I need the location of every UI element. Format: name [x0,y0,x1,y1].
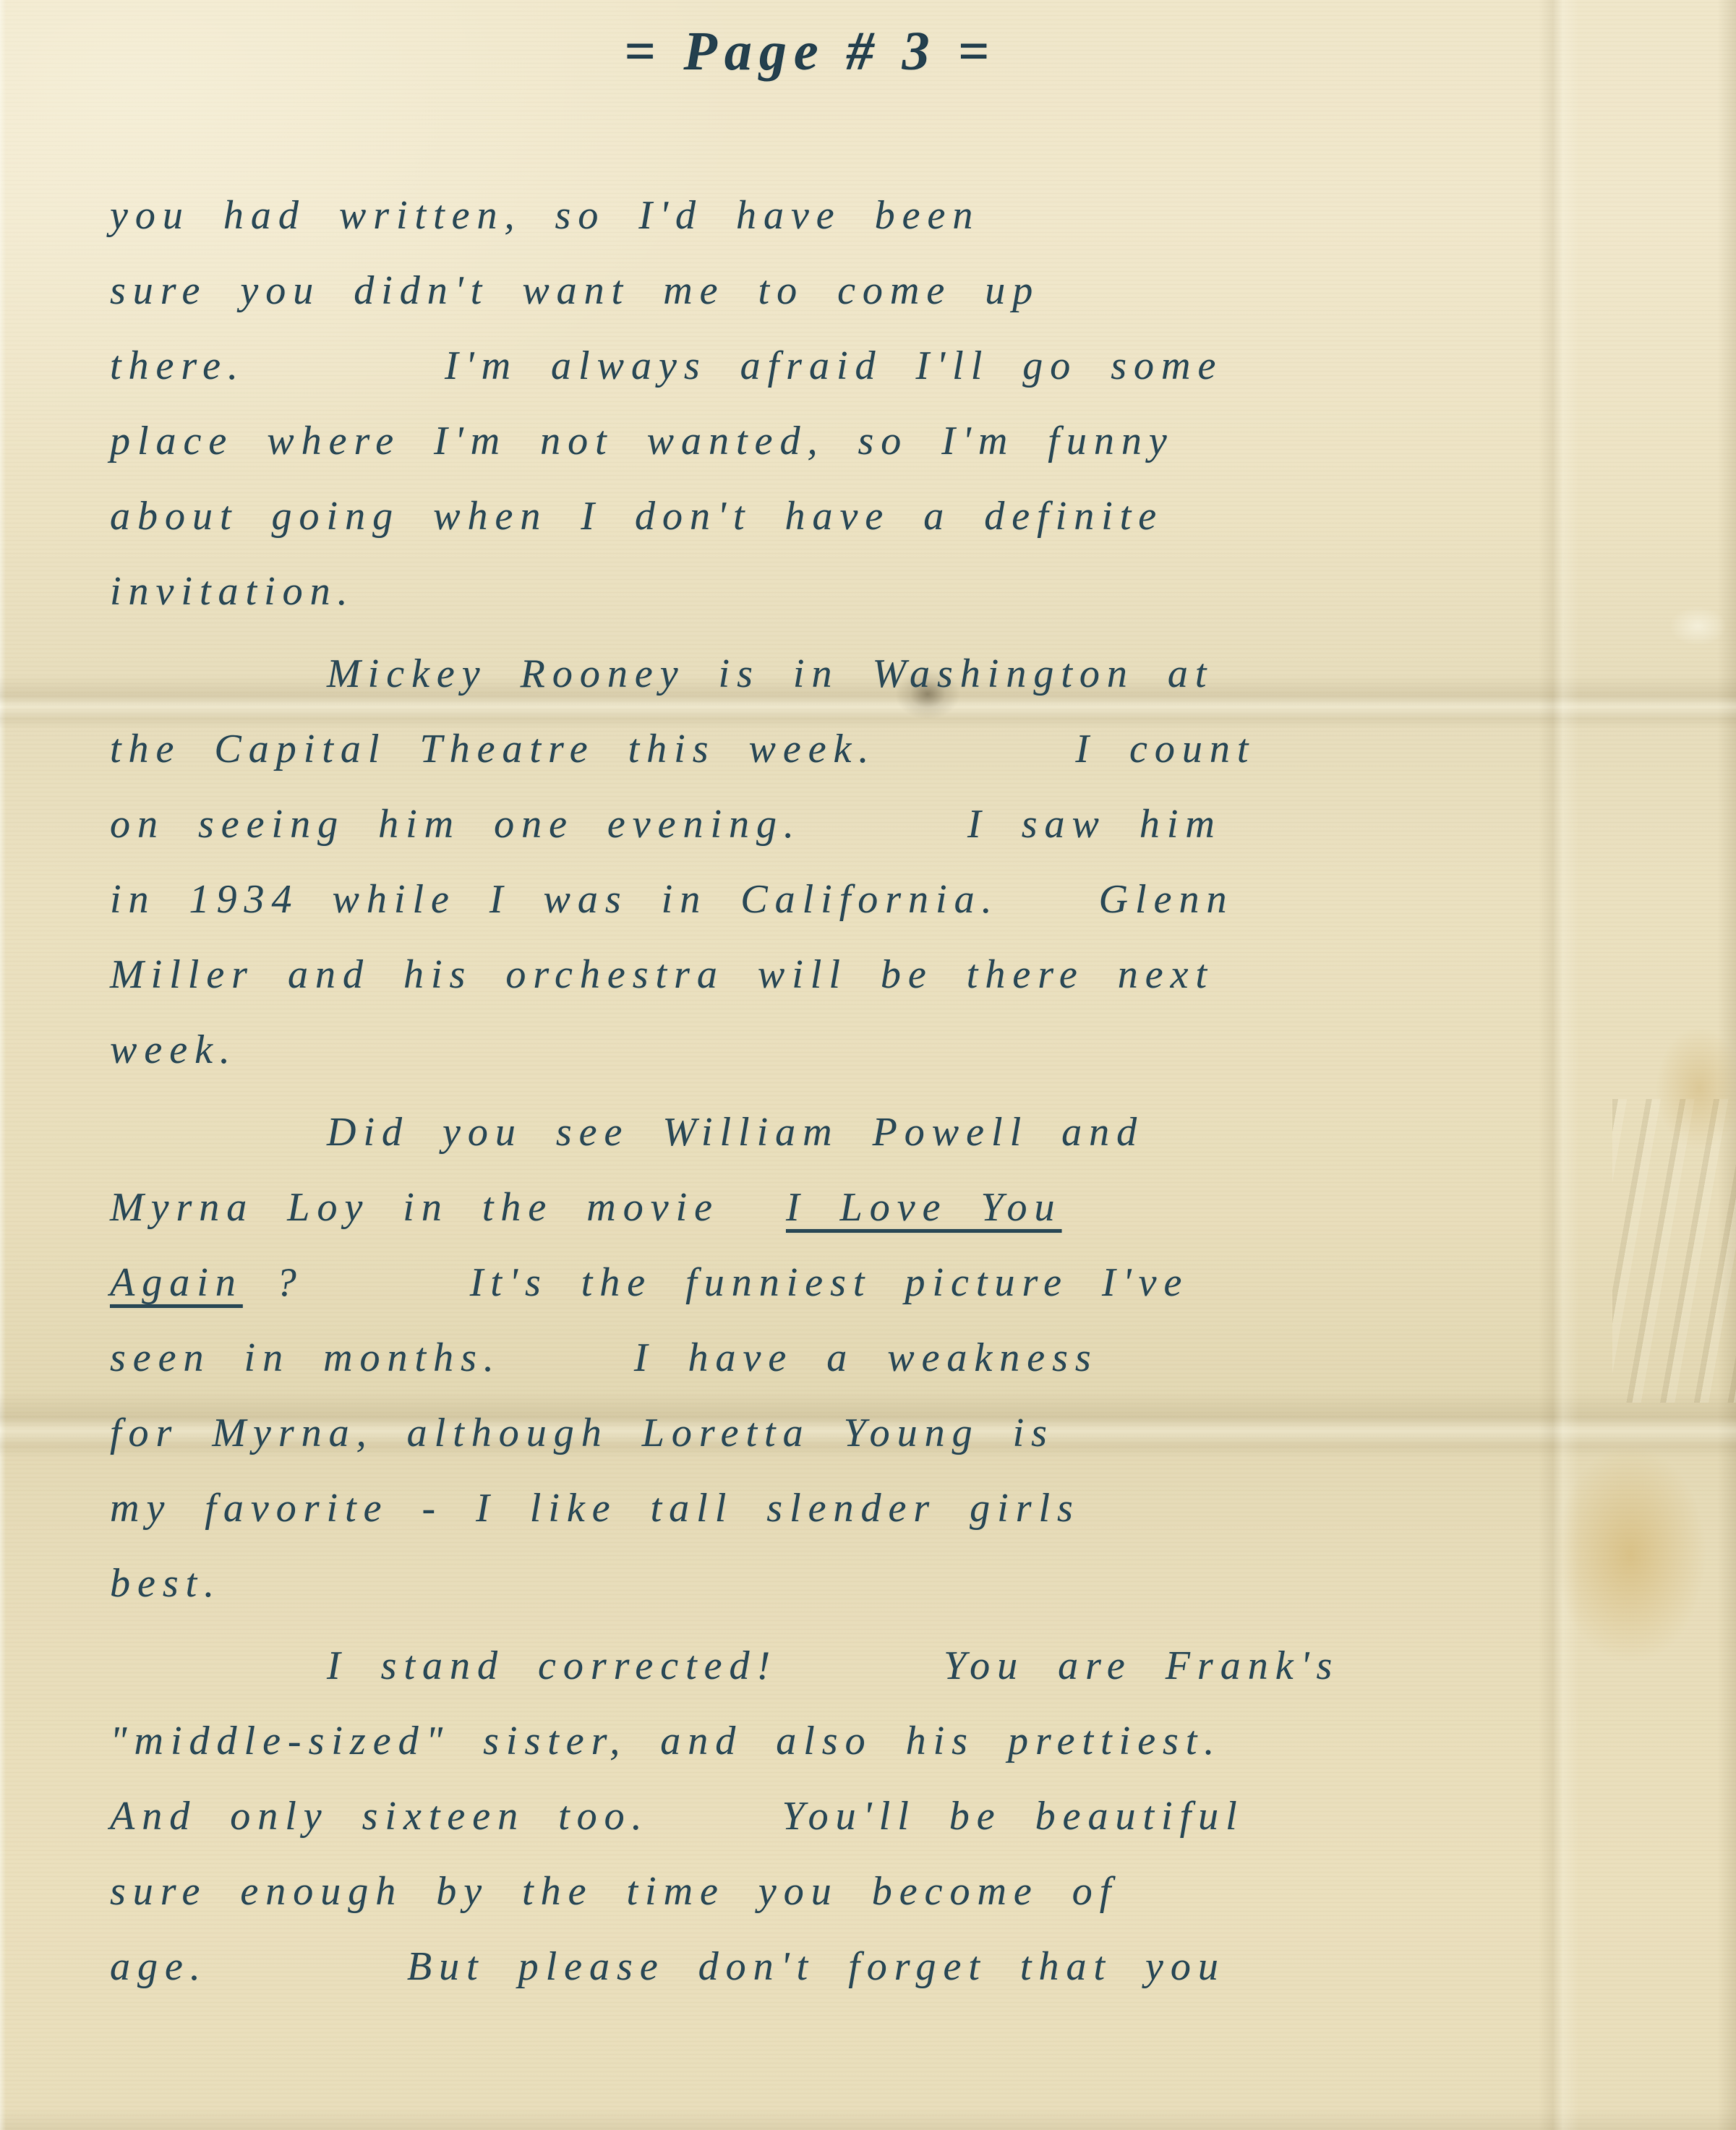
handwritten-text: about going when I don't have a definite [110,494,1163,539]
handwritten-line: I stand corrected! You are Frank's [110,1628,1686,1703]
handwritten-text: ? It's the funniest picture I've [243,1260,1189,1305]
handwritten-text: best. [110,1561,221,1606]
handwritten-line: for Myrna, although Loretta Young is [110,1395,1686,1471]
handwritten-text: week. [110,1027,237,1072]
handwritten-line: age. But please don't forget that you [110,1929,1686,2004]
page-number-header: = Page # 3 = [0,20,1678,83]
handwritten-line: the Capital Theatre this week. I count [110,711,1686,787]
handwritten-text: place where I'm not wanted, so I'm funny [110,419,1174,463]
handwritten-line: there. I'm always afraid I'll go some [110,328,1686,403]
handwritten-line: place where I'm not wanted, so I'm funny [110,403,1686,479]
handwritten-line: invitation. [110,554,1686,629]
handwritten-line: And only sixteen too. You'll be beautifu… [110,1779,1686,1854]
handwritten-text: sure you didn't want me to come up [110,268,1040,313]
handwritten-line: seen in months. I have a weakness [110,1320,1686,1395]
letter-paper: = Page # 3 = you had written, so I'd hav… [0,0,1736,2130]
handwritten-line: Again ? It's the funniest picture I've [110,1245,1686,1320]
handwritten-text: sure enough by the time you become of [110,1869,1118,1914]
handwritten-text: "middle-sized" sister, and also his pret… [110,1719,1221,1763]
handwritten-line: "middle-sized" sister, and also his pret… [110,1703,1686,1779]
handwritten-line: about going when I don't have a definite [110,479,1686,554]
underlined-text: Again [110,1260,243,1305]
handwritten-text: there. I'm always afraid I'll go some [110,343,1223,388]
handwritten-text: And only sixteen too. You'll be beautifu… [110,1794,1244,1839]
underlined-text: I Love You [786,1185,1062,1230]
handwritten-text: for Myrna, although Loretta Young is [110,1411,1054,1455]
handwritten-text: Mickey Rooney is in Washington at [327,651,1213,696]
letter-paragraph: you had written, so I'd have beensure yo… [110,178,1686,629]
handwritten-line: Myrna Loy in the movie I Love You [110,1170,1686,1245]
handwritten-line: week. [110,1012,1686,1087]
handwritten-line: in 1934 while I was in California. Glenn [110,862,1686,937]
handwritten-line: on seeing him one evening. I saw him [110,787,1686,862]
letter-paragraph: I stand corrected! You are Frank's"middl… [110,1628,1686,2004]
letter-body: you had written, so I'd have beensure yo… [110,178,1686,2011]
handwritten-text: I stand corrected! You are Frank's [327,1643,1339,1688]
handwritten-text: the Capital Theatre this week. I count [110,727,1255,771]
letter-paragraph: Did you see William Powell andMyrna Loy … [110,1095,1686,1621]
handwritten-text: on seeing him one evening. I saw him [110,802,1222,847]
handwritten-text: Myrna Loy in the movie [110,1185,786,1230]
handwritten-text: my favorite - I like tall slender girls [110,1486,1080,1531]
handwritten-text: Miller and his orchestra will be there n… [110,952,1214,997]
handwritten-line: best. [110,1546,1686,1621]
handwritten-text: Did you see William Powell and [327,1110,1144,1155]
handwritten-text: age. But please don't forget that you [110,1944,1226,1989]
handwritten-text: seen in months. I have a weakness [110,1335,1098,1380]
handwritten-text: invitation. [110,569,355,614]
handwritten-line: sure you didn't want me to come up [110,253,1686,328]
handwritten-line: my favorite - I like tall slender girls [110,1471,1686,1546]
handwritten-text: you had written, so I'd have been [110,193,980,238]
handwritten-line: you had written, so I'd have been [110,178,1686,253]
handwritten-text: in 1934 while I was in California. Glenn [110,877,1233,922]
handwritten-line: Miller and his orchestra will be there n… [110,937,1686,1012]
handwritten-line: Did you see William Powell and [110,1095,1686,1170]
handwritten-line: Mickey Rooney is in Washington at [110,636,1686,711]
handwritten-line: sure enough by the time you become of [110,1854,1686,1929]
letter-paragraph: Mickey Rooney is in Washington atthe Cap… [110,636,1686,1087]
